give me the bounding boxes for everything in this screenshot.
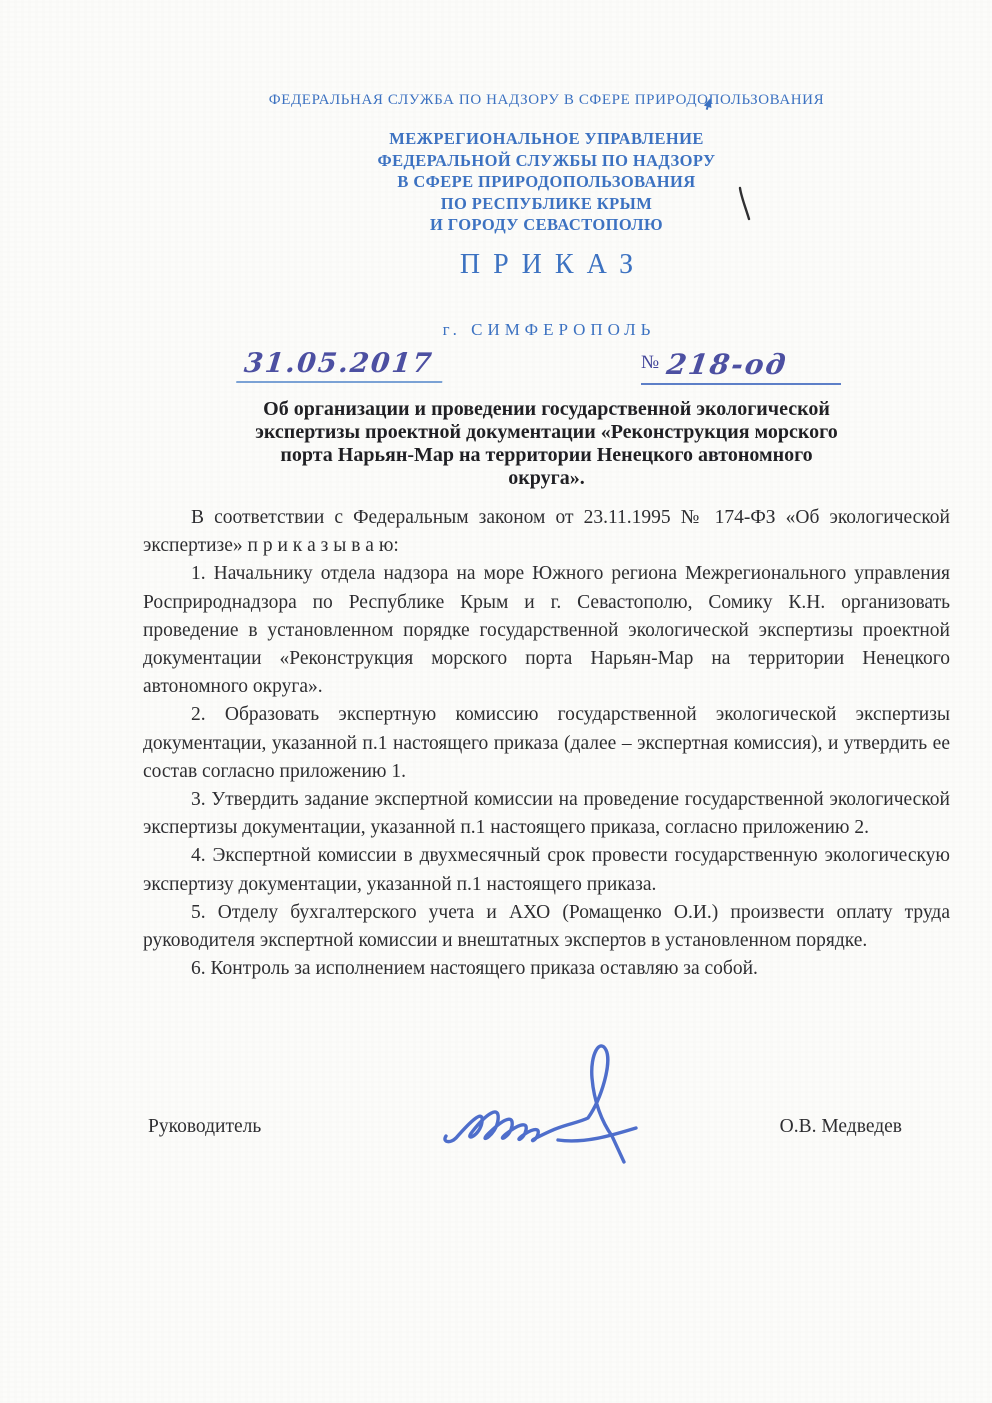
signer-position: Руководитель [148,1116,261,1138]
order-body: В соответствии с Федеральным законом от … [143,504,950,983]
stray-pen-stroke [736,186,754,222]
handwritten-date: 31.05.2017 [236,348,446,383]
order-title-line: экспертизы проектной документации «Рекон… [143,421,950,444]
requisites-row: 31.05.2017 №218-од [143,348,950,394]
signer-name: О.В. Медведев [780,1116,902,1138]
order-title-line: порта Нарьян-Мар на территории Ненецкого… [143,444,950,467]
order-item-3: 3. Утвердить задание экспертной комиссии… [143,786,950,842]
preamble-paragraph: В соответствии с Федеральным законом от … [143,504,950,560]
order-item-5: 5. Отделу бухгалтерского учета и АХО (Ро… [143,899,950,955]
department-line: ФЕДЕРАЛЬНОЙ СЛУЖБЫ ПО НАДЗОРУ [143,150,950,172]
number-sign: № [641,352,659,373]
order-title-line: округа». [143,467,950,490]
order-title-line: Об организации и проведении государствен… [143,398,950,421]
department-line: В СФЕРЕ ПРИРОДОПОЛЬЗОВАНИЯ [143,171,950,193]
order-number-group: №218-од [641,348,841,385]
signature-icon [440,1038,670,1168]
department-line: МЕЖРЕГИОНАЛЬНОЕ УПРАВЛЕНИЕ [143,128,950,150]
doc-type-heading: ПРИКАЗ [143,249,950,281]
order-item-6: 6. Контроль за исполнением настоящего пр… [143,955,950,983]
order-title: Об организации и проведении государствен… [143,398,950,490]
department-line: ПО РЕСПУБЛИКЕ КРЫМ [143,193,950,215]
department-block: МЕЖРЕГИОНАЛЬНОЕ УПРАВЛЕНИЕ ФЕДЕРАЛЬНОЙ С… [143,128,950,236]
order-item-4: 4. Экспертной комиссии в двухмесячный ср… [143,842,950,898]
scanned-order-document: ФЕДЕРАЛЬНАЯ СЛУЖБА ПО НАДЗОРУ В СФЕРЕ ПР… [0,0,992,1403]
handwritten-number: 218-од [665,348,790,381]
city-line: г. СИМФЕРОПОЛЬ [143,320,950,340]
department-line: И ГОРОДУ СЕВАСТОПОЛЮ [143,214,950,236]
order-item-2: 2. Образовать экспертную комиссию госуда… [143,701,950,786]
agency-name: ФЕДЕРАЛЬНАЯ СЛУЖБА ПО НАДЗОРУ В СФЕРЕ ПР… [143,92,950,109]
order-item-1: 1. Начальнику отдела надзора на море Южн… [143,560,950,701]
